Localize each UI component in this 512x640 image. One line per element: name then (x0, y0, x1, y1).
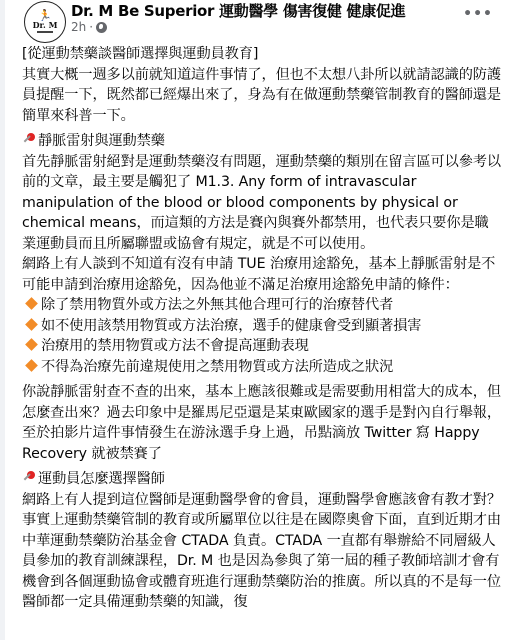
section-heading-text: 靜脈雷射與運動禁藥 (38, 133, 165, 149)
orange-diamond-icon (25, 359, 38, 372)
condition-item: 除了禁用物質外或方法之外無其他合理可行的治療替代者 (22, 295, 502, 316)
section2-paragraph-1: 網路上有人提到這位醫師是運動醫學會的會員，運動醫學會應該會有教才對？事實上運動禁… (22, 490, 502, 613)
section1-paragraph-2: 網路上有人談到不知道有沒有申請 TUE 治療用途豁免，基本上靜脈雷射是不可能申請… (22, 254, 502, 295)
section1-paragraph-3: 你說靜脈雷射查不查的出來，基本上應該很難或是需要動用相當大的成本，但怎麼查出來？… (22, 382, 502, 464)
condition-item: 如不使用該禁用物質或方法治療，選手的健康會受到顯著損害 (22, 316, 502, 337)
meta-separator: · (89, 20, 93, 34)
pushpin-icon (22, 133, 35, 146)
orange-diamond-icon (25, 297, 38, 310)
avatar-logo-underline (37, 31, 53, 33)
post-timestamp[interactable]: 2h (71, 20, 86, 34)
pushpin-icon (22, 471, 35, 484)
post-meta: 2h · (71, 20, 107, 34)
condition-item: 治療用的禁用物質或方法不會提高運動表現 (22, 336, 502, 357)
post-body: [從運動禁藥談醫師選擇與運動員教育] 其實大概一週多以前就知道這件事情了，但也不… (22, 44, 502, 613)
condition-text: 如不使用該禁用物質或方法治療，選手的健康會受到顯著損害 (41, 318, 421, 334)
runner-icon: 🏃 (38, 10, 52, 21)
orange-diamond-icon (25, 338, 38, 351)
section-heading-text: 運動員怎麼選擇醫師 (38, 471, 165, 487)
condition-text: 不得為治療先前違規使用之禁用物質或方法所造成之狀況 (41, 359, 393, 375)
section-heading-vein-laser: 靜脈雷射與運動禁藥 (22, 131, 502, 152)
post-title: [從運動禁藥談醫師選擇與運動員教育] (22, 44, 502, 65)
avatar-logo-text: Dr. M (33, 21, 58, 30)
condition-item: 不得為治療先前違規使用之禁用物質或方法所造成之狀況 (22, 357, 502, 378)
section1-paragraph-1: 首先靜脈雷射絕對是運動禁藥沒有問題，運動禁藥的類別在留言區可以參考以前的文章，最… (22, 152, 502, 255)
page-avatar[interactable]: 🏃 Dr. M (24, 1, 66, 43)
more-options-button[interactable]: ••• (463, 6, 493, 22)
post-card: 🏃 Dr. M Dr. M Be Superior 運動醫學 傷害復健 健康促進… (5, 0, 512, 640)
section-heading-choose-doctor: 運動員怎麼選擇醫師 (22, 469, 502, 490)
post-header: 🏃 Dr. M Dr. M Be Superior 運動醫學 傷害復健 健康促進… (5, 0, 512, 40)
condition-text: 除了禁用物質外或方法之外無其他合理可行的治療替代者 (41, 297, 393, 313)
orange-diamond-icon (25, 318, 38, 331)
condition-text: 治療用的禁用物質或方法不會提高運動表現 (41, 338, 309, 354)
post-intro: 其實大概一週多以前就知道這件事情了，但也不太想八卦所以就請認識的防護員提醒一下，… (22, 65, 502, 127)
page-name-link[interactable]: Dr. M Be Superior 運動醫學 傷害復健 健康促進 (71, 0, 405, 21)
globe-icon (96, 22, 107, 33)
